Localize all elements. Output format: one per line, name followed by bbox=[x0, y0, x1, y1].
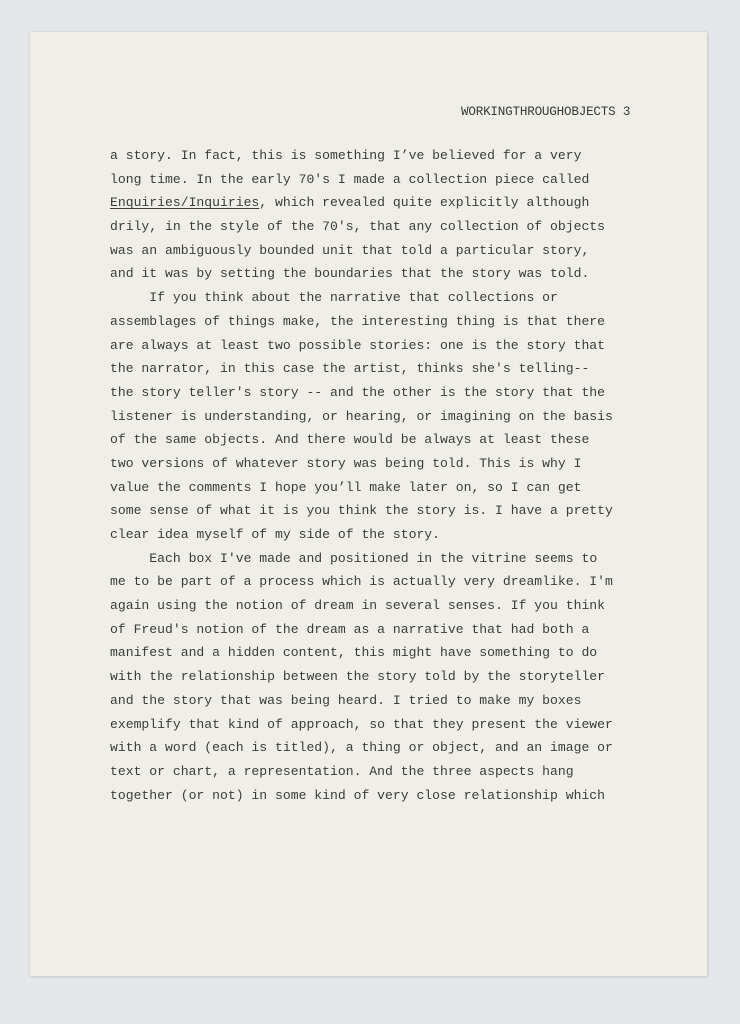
text-line: and it was by setting the boundaries tha… bbox=[110, 262, 630, 286]
text-line: manifest and a hidden content, this migh… bbox=[110, 641, 630, 665]
text-line: If you think about the narrative that co… bbox=[110, 286, 630, 310]
text-line: clear idea myself of my side of the stor… bbox=[110, 523, 630, 547]
text-line: Each box I've made and positioned in the… bbox=[110, 547, 630, 571]
text-line: with a word (each is titled), a thing or… bbox=[110, 736, 630, 760]
text-line: value the comments I hope you’ll make la… bbox=[110, 476, 630, 500]
text-line: of the same objects. And there would be … bbox=[110, 428, 630, 452]
text-line: drily, in the style of the 70's, that an… bbox=[110, 215, 630, 239]
text-line: long time. In the early 70's I made a co… bbox=[110, 168, 630, 192]
text-line: assemblages of things make, the interest… bbox=[110, 310, 630, 334]
text-line: together (or not) in some kind of very c… bbox=[110, 784, 630, 808]
underlined-title: Enquiries/Inquiries bbox=[110, 195, 259, 210]
typed-page: WORKINGTHROUGHOBJECTS 3 a story. In fact… bbox=[30, 32, 707, 976]
text-line: two versions of whatever story was being… bbox=[110, 452, 630, 476]
body-text: a story. In fact, this is something I’ve… bbox=[110, 144, 630, 807]
text-line: was an ambiguously bounded unit that tol… bbox=[110, 239, 630, 263]
text-line: Enquiries/Inquiries, which revealed quit… bbox=[110, 191, 630, 215]
text-line: of Freud's notion of the dream as a narr… bbox=[110, 618, 630, 642]
text-line: and the story that was being heard. I tr… bbox=[110, 689, 630, 713]
text-line: with the relationship between the story … bbox=[110, 665, 630, 689]
text-line: exemplify that kind of approach, so that… bbox=[110, 713, 630, 737]
text-line: some sense of what it is you think the s… bbox=[110, 499, 630, 523]
text-line: a story. In fact, this is something I’ve… bbox=[110, 144, 630, 168]
text-line: the story teller's story -- and the othe… bbox=[110, 381, 630, 405]
text-line: are always at least two possible stories… bbox=[110, 334, 630, 358]
text-line: listener is understanding, or hearing, o… bbox=[110, 405, 630, 429]
running-header: WORKINGTHROUGHOBJECTS 3 bbox=[461, 105, 630, 119]
text-line: again using the notion of dream in sever… bbox=[110, 594, 630, 618]
text-line: me to be part of a process which is actu… bbox=[110, 570, 630, 594]
text-line: text or chart, a representation. And the… bbox=[110, 760, 630, 784]
text-line: the narrator, in this case the artist, t… bbox=[110, 357, 630, 381]
